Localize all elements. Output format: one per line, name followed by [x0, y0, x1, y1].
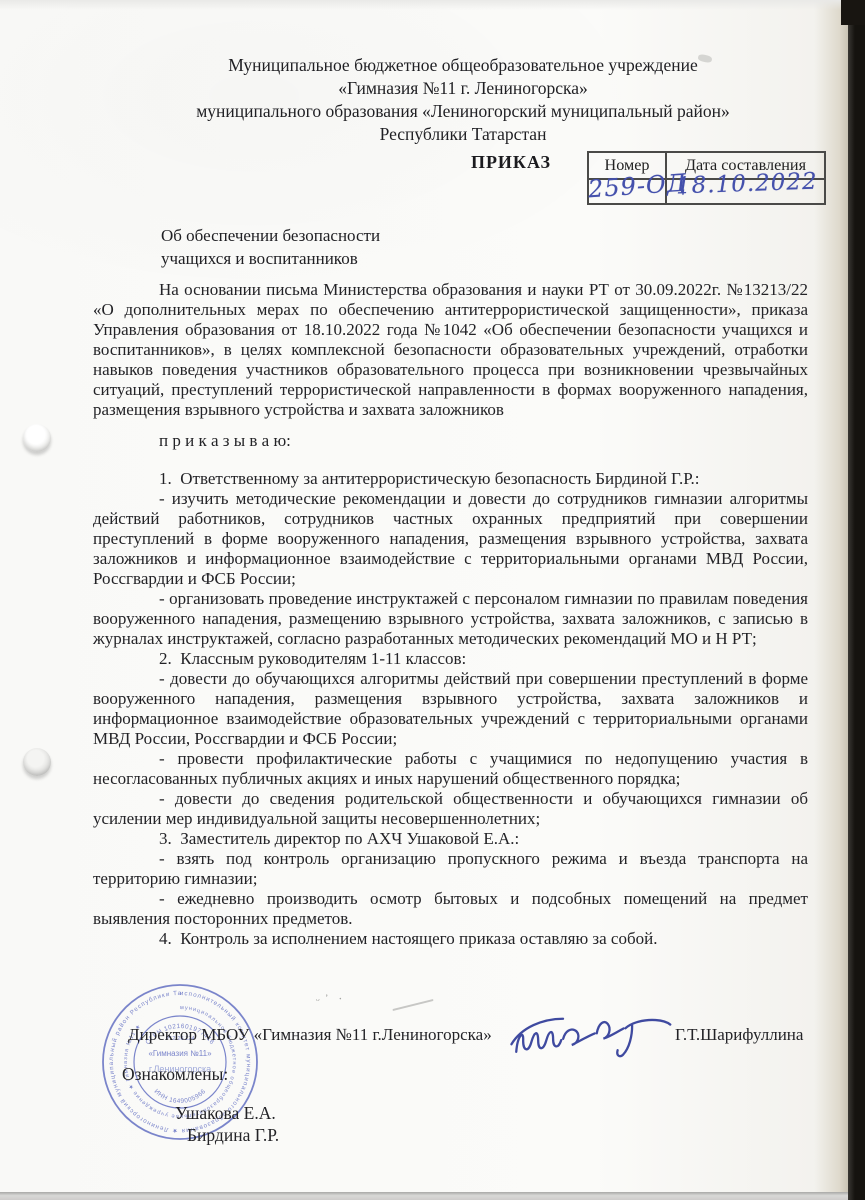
- scanned-order-page: { "doc": { "header_lines": [ "Муниципаль…: [0, 0, 865, 1200]
- order-body: На основании письма Министерства образов…: [93, 280, 808, 949]
- decree-word: п р и к а з ы в а ю:: [93, 431, 808, 451]
- letterhead: Муниципальное бюджетное общеобразователь…: [93, 54, 833, 146]
- order-item: - организовать проведение инструктажей с…: [93, 589, 808, 649]
- pencil-marks: ᵕ ̓ ·: [315, 989, 362, 1010]
- hole-punch-bottom: [23, 748, 51, 776]
- letterhead-line: Муниципальное бюджетное общеобразователь…: [93, 54, 833, 77]
- order-item: - взять под контроль организацию пропуск…: [93, 849, 808, 889]
- order-item: 2. Классным руководителям 1-11 классов:: [93, 649, 808, 669]
- acknowledged-name: Бирдина Г.Р.: [187, 1125, 279, 1146]
- preamble: На основании письма Министерства образов…: [93, 280, 808, 420]
- scan-corner-top-right: [841, 0, 865, 25]
- director-handwritten-signature: [505, 1006, 680, 1066]
- order-item: - изучить методические рекомендации и до…: [93, 489, 808, 589]
- stamp-org-text: «Гимназия №11»: [148, 1049, 212, 1058]
- order-item: 3. Заместитель директор по АХЧ Ушаковой …: [93, 829, 808, 849]
- order-item: - провести профилактические работы с уча…: [93, 749, 808, 789]
- letterhead-line: муниципального образования «Лениногорски…: [93, 100, 833, 123]
- order-item: - ежедневно производить осмотр бытовых и…: [93, 889, 808, 929]
- letterhead-line: «Гимназия №11 г. Лениногорска»: [93, 77, 833, 100]
- order-item: - довести до сведения родительской общес…: [93, 789, 808, 829]
- handwritten-order-date: 18.10.2022: [676, 169, 819, 200]
- order-item: 1. Ответственному за антитеррористическу…: [93, 469, 808, 489]
- hole-punch-top: [23, 424, 51, 452]
- order-item: 4. Контроль за исполнением настоящего пр…: [93, 929, 808, 949]
- order-item: - довести до обучающихся алгоритмы дейст…: [93, 669, 808, 749]
- acknowledged-name: Ушакова Е.А.: [175, 1103, 276, 1124]
- director-signature-label: Директор МБОУ «Гимназия №11 г.Лениногорс…: [128, 1025, 492, 1045]
- acknowledged-label: Ознакомлены:: [122, 1064, 228, 1085]
- letterhead-line: Республики Татарстан: [93, 123, 833, 146]
- scan-edge-bottom: [0, 1192, 848, 1200]
- subject-line: Об обеспечении безопасности: [161, 224, 380, 247]
- subject-line: учащихся и воспитанников: [161, 247, 380, 270]
- scan-edge-right: [848, 0, 865, 1200]
- director-name: Г.Т.Шарифуллина: [675, 1025, 803, 1045]
- order-subject: Об обеспечении безопасности учащихся и в…: [161, 224, 380, 270]
